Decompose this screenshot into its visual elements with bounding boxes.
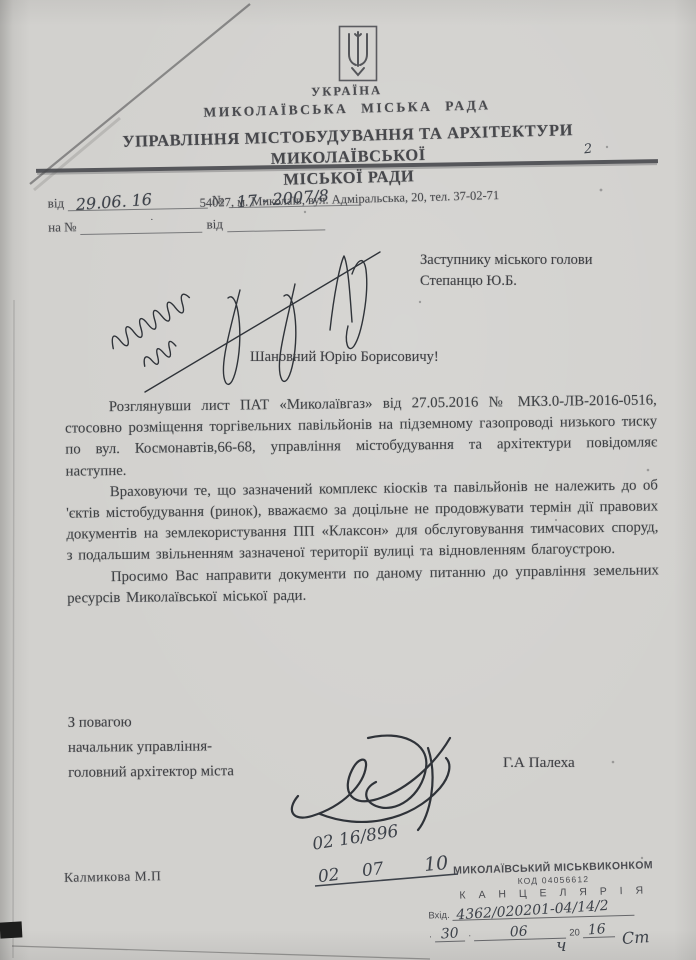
recipient-position: Заступнику міського голови <box>420 250 593 271</box>
handwritten-stamp-number: 4362/020201-04/14/2 <box>456 898 609 924</box>
handwritten-date: 29.06. 16 <box>75 190 153 214</box>
stamp-year-field: 16 <box>583 924 615 938</box>
date-label: від <box>48 195 65 210</box>
handwritten-margin-note: 2 <box>583 142 593 158</box>
signer-title-line2: головний архітектор міста <box>68 759 234 786</box>
signature-block: З повагою начальник управління- головний… <box>68 709 234 786</box>
stamp-incoming-number-field: 4362/020201-04/14/2 <box>452 903 634 921</box>
handwritten-stamp-day: 30 <box>441 925 460 942</box>
handwritten-stamp-month: 06 <box>510 923 529 940</box>
paragraph-3: Просимо Вас направити документи по даном… <box>67 560 659 610</box>
handwritten-reg-number-2b: 07 <box>361 859 385 881</box>
recipient-name: Степанцю Ю.Б. <box>420 271 593 292</box>
number-label: № <box>212 192 225 207</box>
executor-name: Калмикова М.П <box>64 868 162 886</box>
reply-number-label: на № <box>48 219 77 235</box>
stamp-date-dot-left: · <box>429 931 432 942</box>
handwritten-resolution-scribble <box>90 232 400 402</box>
paragraph-1: Розглянувши лист ПАТ «Миколаївгаз» від 2… <box>65 390 658 482</box>
handwritten-mark-1: ч <box>556 936 567 956</box>
recipient-block: Заступнику міського голови Степанцю Ю.Б. <box>420 250 593 292</box>
chief-architect-signature <box>278 716 483 840</box>
handwritten-stamp-year: 16 <box>587 921 606 938</box>
scanner-corner-mark <box>0 921 22 938</box>
salutation: Шановний Юрію Борисовичу! <box>250 349 439 366</box>
reply-date-field <box>227 214 325 232</box>
paragraph-2: Враховуючи те, що зазначений комплекс кі… <box>66 475 659 567</box>
stamp-incoming-label: Вхід. <box>428 910 450 922</box>
date-field: 29.06. 16 <box>68 193 208 212</box>
handwritten-reg-number-2a: 02 <box>317 865 341 887</box>
scanned-letter-page: УКРАЇНА МИКОЛАЇВСЬКА МІСЬКА РАДА УПРАВЛІ… <box>0 0 696 960</box>
stray-dot: · <box>150 214 154 226</box>
stamp-day-field: 30 <box>435 928 465 942</box>
ukraine-trident-emblem-icon <box>338 25 378 82</box>
stamp-year-prefix: 20 <box>569 927 580 938</box>
reply-date-label: від <box>206 216 223 231</box>
letter-body: Розглянувши лист ПАТ «Миколаївгаз» від 2… <box>65 390 660 609</box>
number-field: 17 - 2007/8 <box>228 190 360 209</box>
stamp-date-dot-right: · <box>468 930 471 941</box>
signer-title-line1: начальник управління- <box>68 734 234 761</box>
handwritten-mark-2: Ст <box>621 927 650 948</box>
closing-phrase: З повагою <box>68 709 234 736</box>
signer-name: Г.А Палеха <box>503 754 575 772</box>
stamp-month-field: 06 <box>474 926 566 942</box>
paper-edge-line <box>12 946 430 959</box>
